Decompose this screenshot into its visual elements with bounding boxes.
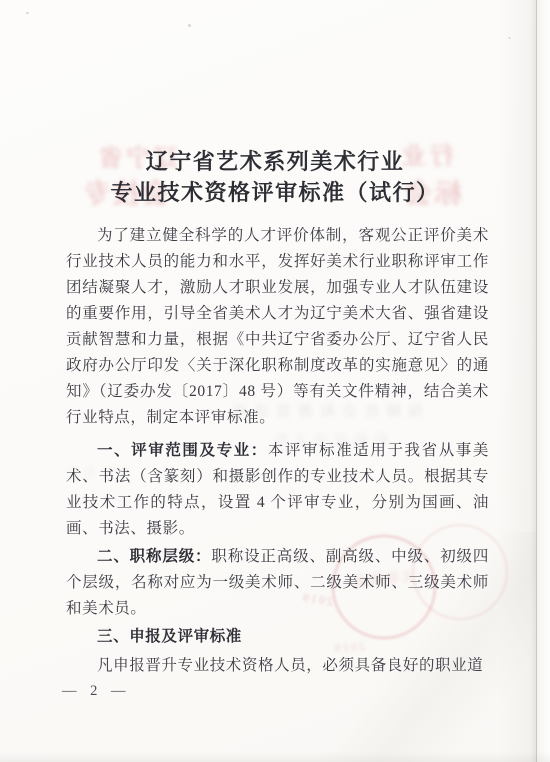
bottom-edge-shadow bbox=[0, 752, 550, 762]
dust-speck bbox=[188, 24, 191, 27]
section-3-heading: 三、申报及评审标准 bbox=[97, 628, 242, 645]
closing-paragraph: 凡申报晋升专业技术资格人员，必须具备良好的职业道 bbox=[66, 653, 489, 679]
page-edge-shadow bbox=[498, 0, 536, 762]
dust-speck bbox=[26, 12, 29, 14]
intro-paragraph: 为了建立健全科学的人才评价体制，客观公正评价美术行业技术人员的能力和水平，发挥好… bbox=[66, 223, 489, 431]
dust-speck bbox=[508, 37, 511, 39]
document-title-line1: 辽宁省艺术系列美术行业 bbox=[146, 149, 405, 174]
document-title-line2: 专业技术资格评审标准（试行） bbox=[110, 180, 439, 205]
page-number: — 2 — bbox=[62, 683, 131, 700]
section-1-heading: 一、评审范围及专业： bbox=[97, 442, 268, 459]
document-body: 为了建立健全科学的人才评价体制，客观公正评价美术行业技术人员的能力和水平，发挥好… bbox=[66, 223, 489, 679]
scanned-document-page: 辽宁省 会技专 行业 标会 保障社会和源资适用 职称评审文件 术美发生 文化协会… bbox=[0, 0, 550, 762]
section-2-paragraph: 二、职称层级：职称设正高级、副高级、中级、初级四个层级，名称对应为一级美术师、二… bbox=[66, 544, 489, 622]
section-3-heading-line: 三、申报及评审标准 bbox=[66, 624, 489, 650]
section-2-heading: 二、职称层级： bbox=[97, 548, 211, 565]
scanner-background-strip bbox=[537, 0, 550, 762]
section-1-paragraph: 一、评审范围及专业：本评审标准适用于我省从事美术、书法（含篆刻）和摄影创作的专业… bbox=[66, 438, 489, 542]
document-title: 辽宁省艺术系列美术行业 专业技术资格评审标准（试行） bbox=[0, 146, 550, 208]
